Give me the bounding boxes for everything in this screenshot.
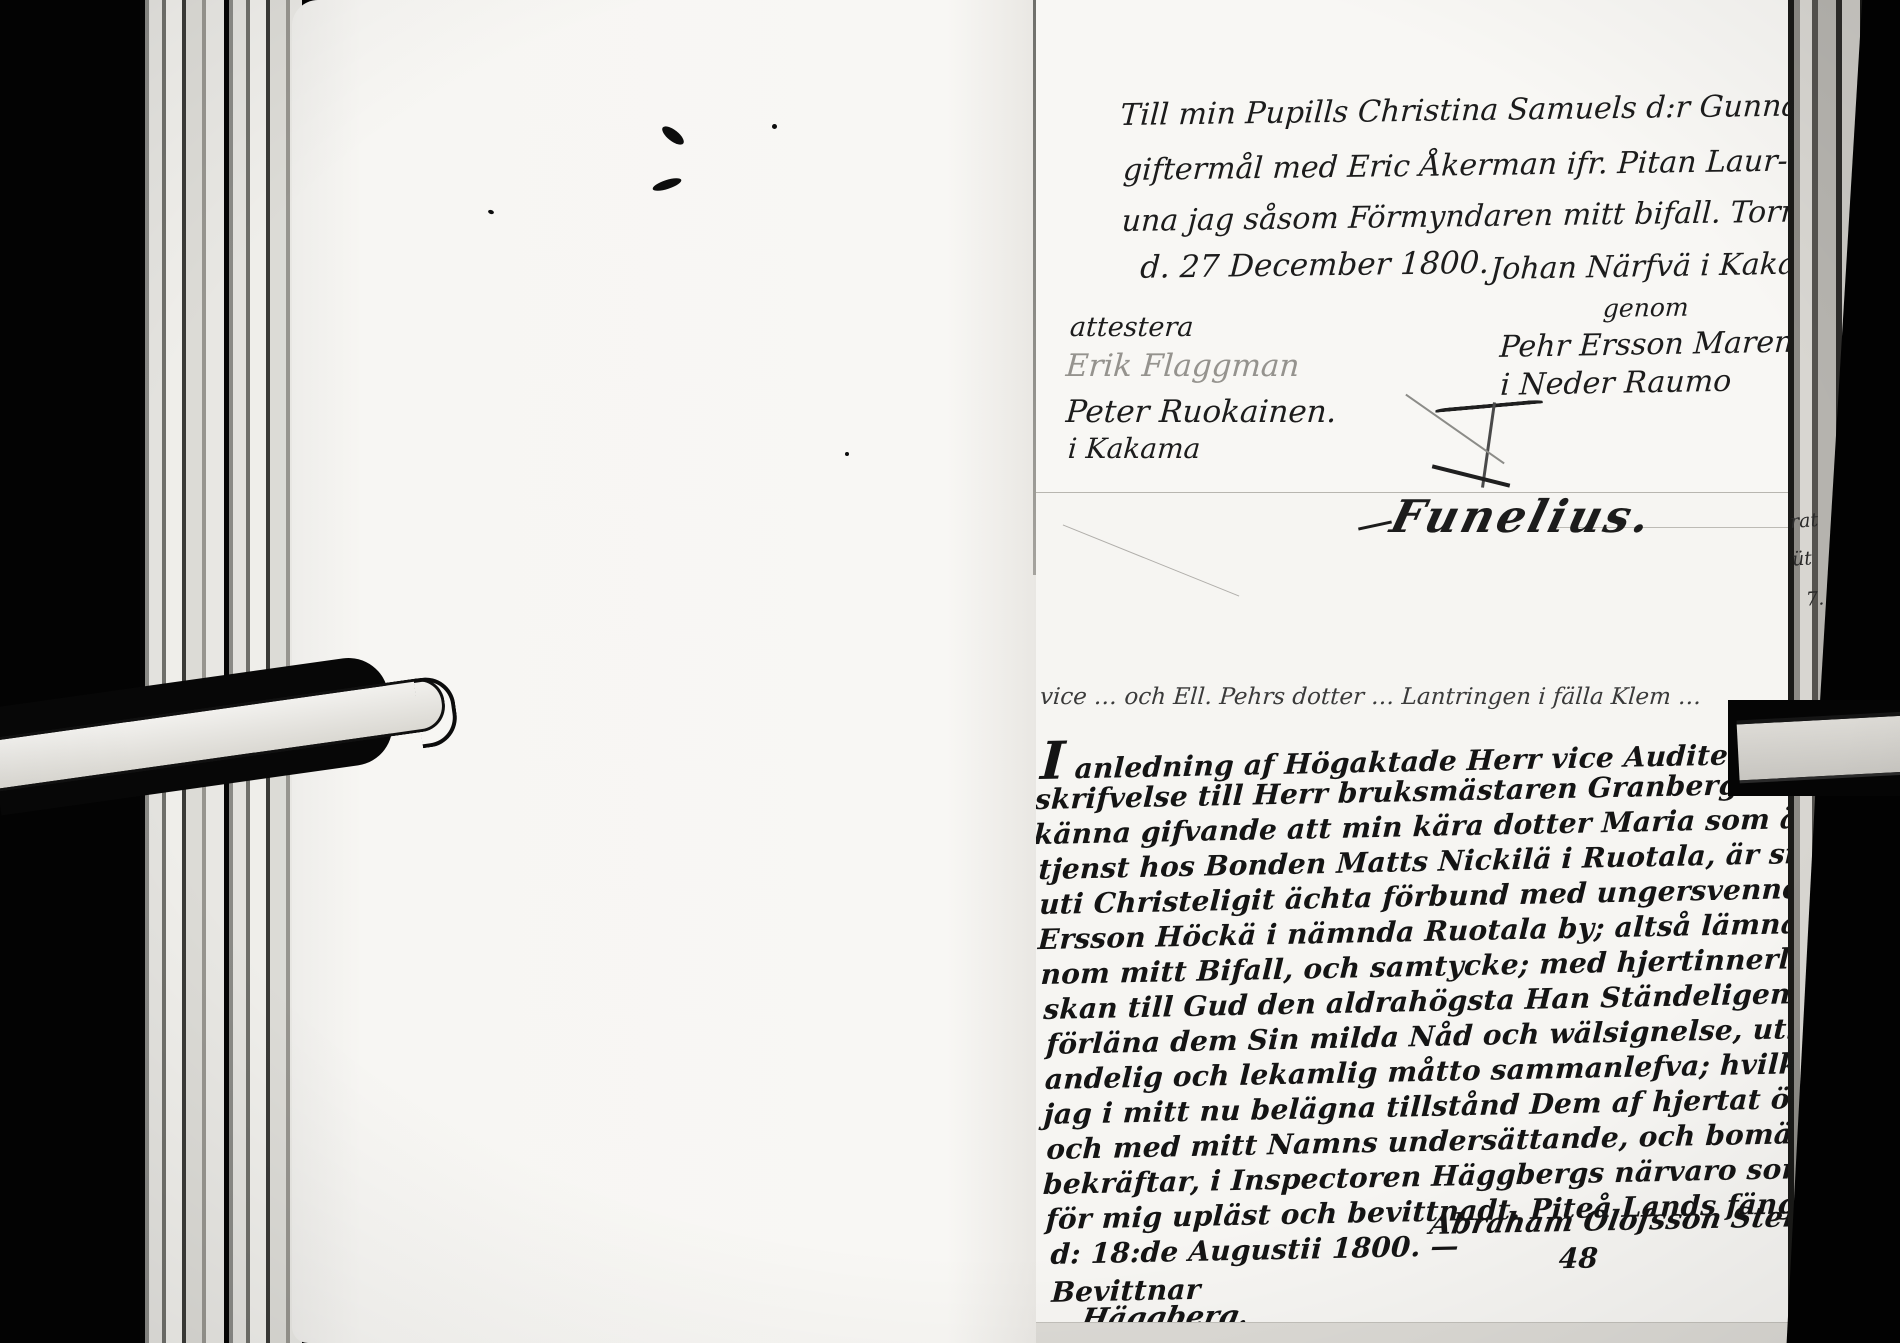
pencil-stroke xyxy=(1435,399,1543,412)
top-document-date: d. 27 December 1800. xyxy=(1139,245,1490,286)
pencil-stroke xyxy=(1432,464,1511,487)
bookmark-ribbon-right xyxy=(1736,712,1900,784)
consent-line: Pehr Ersson Marenen xyxy=(1499,324,1796,365)
consent-line: genom xyxy=(1602,293,1689,324)
consent-line: Johan Närfvä i Kakama xyxy=(1489,246,1796,287)
archive-scan: Till min Pupills Christina Samuels d:r G… xyxy=(0,0,1900,1343)
left-blank-page xyxy=(292,0,1036,1343)
consent-line: i Neder Raumo xyxy=(1499,364,1732,403)
pencil-stroke xyxy=(1481,402,1496,488)
page-bottom-edge xyxy=(1036,1322,1796,1343)
attestation-signature: Peter Ruokainen. xyxy=(1065,394,1338,430)
attestation-signature: Erik Flaggman xyxy=(1065,348,1301,384)
ink-blot xyxy=(772,124,777,129)
principal-signature: Abraham Olofsson Stend xyxy=(1428,1200,1797,1241)
sheet-edge-crease xyxy=(1063,524,1240,596)
ink-blot xyxy=(845,452,849,456)
main-document-date: d: 18:de Augustii 1800. — xyxy=(1050,1229,1460,1271)
overlapped-text-fragment: vice … och Ell. Pehrs dotter … Lantringe… xyxy=(1039,684,1702,710)
folio-number: 48 xyxy=(1558,1241,1599,1275)
edge-text-fragment: rat xyxy=(1789,509,1819,533)
edge-text-fragment: üt xyxy=(1791,547,1812,570)
signature-flourish xyxy=(1358,520,1392,530)
pencil-doodle xyxy=(1425,398,1555,498)
attestation-signature: i Kakama xyxy=(1067,432,1202,465)
edge-text-fragment: 7. xyxy=(1805,587,1825,610)
official-signature: Funelius. xyxy=(1385,490,1658,543)
attestation-label: attestera xyxy=(1069,312,1195,343)
right-manuscript-page: Till min Pupills Christina Samuels d:r G… xyxy=(1036,0,1796,1343)
